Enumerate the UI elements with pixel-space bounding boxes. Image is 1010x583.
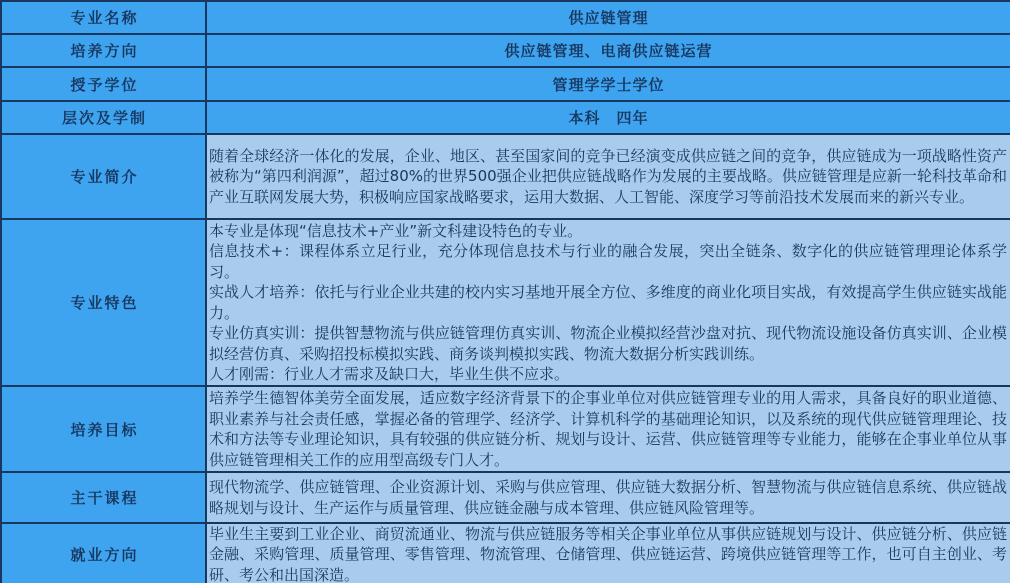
table-row: 培养目标 培养学生德智体美劳全面发展，适应数字经济背景下的企事业单位对供应链管理…: [2, 387, 1010, 473]
label-core-courses: 主干课程: [2, 473, 207, 522]
table-row: 授予学位 管理学学士学位: [2, 68, 1010, 102]
table-row: 专业简介 随着全球经济一体化的发展，企业、地区、甚至国家间的竞争已经演变成供应链…: [2, 135, 1010, 220]
table-row: 就业方向 毕业生主要到工业企业、商贸流通业、物流与供应链服务等相关企事业单位从事…: [2, 524, 1010, 583]
label-major-intro: 专业简介: [2, 135, 207, 218]
value-core-courses: 现代物流学、供应链管理、企业资源计划、采购与供应管理、供应链大数据分析、智慧物流…: [207, 473, 1010, 522]
table-row: 培养方向 供应链管理、电商供应链运营: [2, 35, 1010, 68]
value-major-name: 供应链管理: [207, 2, 1010, 33]
value-degree-awarded: 管理学学士学位: [207, 68, 1010, 100]
value-career-paths: 毕业生主要到工业企业、商贸流通业、物流与供应链服务等相关企事业单位从事供应链规划…: [207, 524, 1010, 583]
major-info-table: 专业名称 供应链管理 培养方向 供应链管理、电商供应链运营 授予学位 管理学学士…: [0, 0, 1010, 583]
label-career-paths: 就业方向: [2, 524, 207, 583]
label-major-name: 专业名称: [2, 2, 207, 33]
table-row: 专业名称 供应链管理: [2, 2, 1010, 35]
table-row: 专业特色 本专业是体现“信息技术+产业”新文科建设特色的专业。 信息技术+：课程…: [2, 220, 1010, 387]
label-major-features: 专业特色: [2, 220, 207, 385]
label-degree-awarded: 授予学位: [2, 68, 207, 100]
value-training-direction: 供应链管理、电商供应链运营: [207, 35, 1010, 66]
table-row: 层次及学制 本科 四年: [2, 102, 1010, 135]
label-training-direction: 培养方向: [2, 35, 207, 66]
table-row: 主干课程 现代物流学、供应链管理、企业资源计划、采购与供应管理、供应链大数据分析…: [2, 473, 1010, 524]
value-major-features: 本专业是体现“信息技术+产业”新文科建设特色的专业。 信息技术+：课程体系立足行…: [207, 220, 1010, 385]
value-training-objectives: 培养学生德智体美劳全面发展，适应数字经济背景下的企事业单位对供应链管理专业的用人…: [207, 387, 1010, 471]
label-training-objectives: 培养目标: [2, 387, 207, 471]
value-level-duration: 本科 四年: [207, 102, 1010, 133]
value-major-intro: 随着全球经济一体化的发展，企业、地区、甚至国家间的竞争已经演变成供应链之间的竞争…: [207, 135, 1010, 218]
label-level-duration: 层次及学制: [2, 102, 207, 133]
